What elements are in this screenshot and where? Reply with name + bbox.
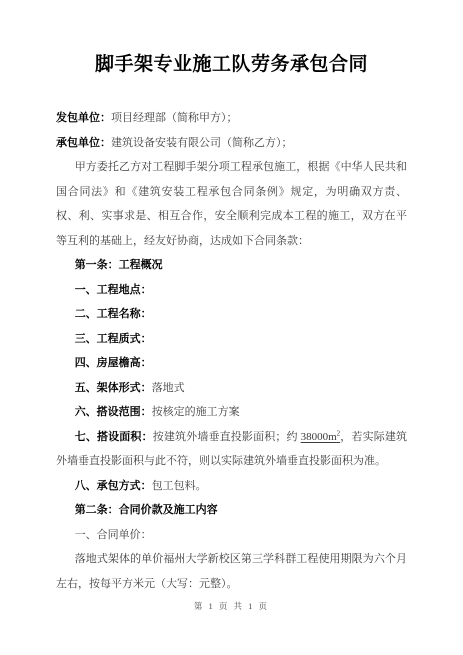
contract-item-erection-area: 七、搭设面积：按建筑外墙垂直投影面积；约 38000m2，若实际建筑外墙垂直投影… [56,425,407,474]
item-label: 四、房屋檐高： [75,357,152,369]
contract-item-eave-height: 四、房屋檐高： [56,351,407,376]
contract-item-project-name: 二、工程名称： [56,302,407,327]
employer-label: 发包单位： [56,112,111,124]
item-label: 七、搭设面积： [75,431,153,443]
unit-price-subheading: 一、合同单价： [56,523,407,548]
item-label: 一、工程地点： [75,284,152,296]
party-line-employer: 发包单位：项目经理部（简称甲方）； [56,106,407,131]
area-value-before: 按建筑外墙垂直投影面积；约 [153,431,301,443]
article-1-heading: 第一条：工程概况 [56,253,407,278]
contract-item-location: 一、工程地点： [56,278,407,303]
employer-value: 项目经理部（简称甲方）； [111,112,238,124]
page-footer: 第 1 页 共 1 页 [56,599,407,613]
article-2-heading: 第二条：合同价款及施工内容 [56,498,407,523]
unit-price-paragraph: 落地式架体的单价福州大学新校区第三学科群工程使用期限为六个月左右，按每平方米元（… [56,547,407,596]
area-number: 38000m [301,431,337,443]
contract-item-frame-type: 五、架体形式：落地式 [56,376,407,401]
contract-item-erection-scope: 六、搭设范围：按核定的施工方案 [56,400,407,425]
item-value: 按核定的施工方案 [152,406,240,418]
contract-item-contract-mode: 八、承包方式：包工包料。 [56,474,407,499]
contract-title: 脚手架专业施工队劳务承包合同 [56,52,407,78]
contractor-label: 承包单位： [56,137,111,149]
contract-item-project-type: 三、工程质式： [56,327,407,352]
item-value: 包工包料。 [152,480,207,492]
area-value-underlined: 38000m2 [301,431,341,443]
party-line-contractor: 承包单位：建筑设备安装有限公司（简称乙方）； [56,131,407,156]
preamble-paragraph: 甲方委托乙方对工程脚手架分项工程承包施工，根据《中华人民共和国合同法》和《建筑安… [56,155,407,253]
contractor-value: 建筑设备安装有限公司（简称乙方）； [111,137,293,149]
item-label: 二、工程名称： [75,308,152,320]
item-label: 六、搭设范围： [75,406,152,418]
contract-document-page: 脚手架专业施工队劳务承包合同 发包单位：项目经理部（简称甲方）； 承包单位：建筑… [0,0,463,655]
item-label: 五、架体形式： [75,382,152,394]
item-label: 八、承包方式： [75,480,152,492]
item-label: 三、工程质式： [75,333,152,345]
item-value: 落地式 [152,382,185,394]
